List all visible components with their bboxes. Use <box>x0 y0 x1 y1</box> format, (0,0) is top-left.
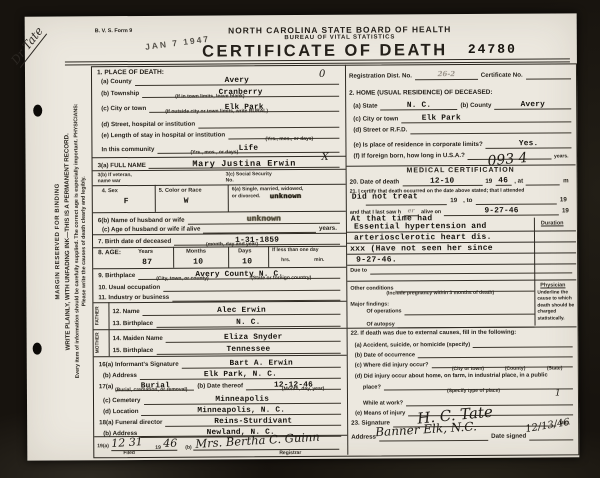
m-label: m <box>563 178 569 185</box>
spouse-label: 6(b) Name of husband or wife <box>98 217 185 224</box>
pre-year-19: 19 <box>562 208 569 215</box>
cemetery-value: Minneapolis <box>215 396 269 405</box>
home-street-label: (d) Street or R.F.D. <box>353 128 407 135</box>
other-conditions-note: (Include pregnancy within 3 months of de… <box>386 291 494 297</box>
birthplace-note-2: (State or foreign country) <box>251 276 311 282</box>
occurrence-date-label: (b) Date of occurrence <box>355 352 415 359</box>
field-informant-address: (b) Address Elk Park, N. C. <box>103 369 341 380</box>
field-spouse: 6(b) Name of husband or wife unknown <box>98 214 340 225</box>
field-informant: 16(a) Informant's Signature Bart A. Erwi… <box>99 358 341 369</box>
age-years-value: 87 <box>142 258 152 267</box>
home-state-label: (a) State <box>353 103 377 110</box>
corporate-limits-value: Yes. <box>519 140 539 149</box>
grid-line <box>228 184 229 211</box>
margin-binding-text: MARGIN RESERVED FOR BINDING <box>54 36 63 446</box>
birth-date-label: 7. Birth date of deceased <box>98 239 171 246</box>
field-mother-birthplace: 15. Birthplace Tennessee <box>113 344 341 355</box>
date-of-death-label: 20. Date of death <box>350 179 400 186</box>
death-certificate-paper: MARGIN RESERVED FOR BINDING WRITE PLAINL… <box>25 13 580 460</box>
age-hrs-label: hrs. <box>281 258 290 264</box>
field-occurrence-date: (b) Date of occurrence <box>355 349 573 358</box>
field-mother-maiden: 14. Maiden Name Eliza Snyder <box>113 332 341 343</box>
city-label: (c) City or town <box>101 106 146 113</box>
field-county: (a) County Avery <box>101 75 339 86</box>
home-county-label: (b) County <box>460 103 491 110</box>
grid-line <box>268 246 269 267</box>
age-months-header: Months <box>186 249 206 255</box>
community-value: Life <box>239 145 259 154</box>
township-label: (b) Township <box>101 91 139 98</box>
injury-state-note: (State) <box>547 366 563 372</box>
field-full-name: 3(a) FULL NAME Mary Justina Erwin <box>98 158 340 170</box>
physician-address-label: Address <box>351 435 376 442</box>
full-name-label: 3(a) FULL NAME <box>98 163 146 170</box>
filing-year-handwriting: 46 <box>163 437 177 450</box>
stay-label: (e) Length of stay in hospital or instit… <box>101 133 225 141</box>
grid-line <box>155 185 156 212</box>
burial-date-note: (Month, day, year) <box>282 387 324 393</box>
grid-line <box>108 302 109 329</box>
burial-date-label: (b) Date thereof <box>197 383 243 390</box>
pre-year-19: 19 <box>450 198 457 205</box>
injury-place-label-2: place? <box>363 384 381 390</box>
field-registration: Registration Dist. No. 26-2 Certificate … <box>349 69 571 80</box>
pre-year-19: 19 <box>560 198 567 205</box>
birthplace-label: 9. Birthplace <box>98 273 135 280</box>
informant-address-label: (b) Address <box>103 373 137 380</box>
field-date-of-death: 20. Date of death 12-10 19 46 , at m <box>350 175 572 186</box>
field-cemetery-location: (d) Location Minneapolis, N. C. <box>103 405 341 416</box>
last-saw-date-value: 9-27-46 <box>484 207 518 216</box>
registration-dist-value: 26-2 <box>438 69 456 78</box>
field-home-state-county: (a) State N. C. (b) County Avery <box>353 99 571 110</box>
form-number: B. V. S. Form 9 <box>95 28 133 34</box>
work-pen-mark: 1 <box>555 388 561 398</box>
means-of-injury-label: (e) Means of injury <box>355 410 405 417</box>
father-birthplace-value: N. C. <box>236 319 260 328</box>
injury-where-label: (c) Where did injury occur? <box>355 362 429 369</box>
field-cemetery: (c) Cemetery Minneapolis <box>103 394 341 405</box>
cause-line-4: 9-27-46. <box>356 255 397 264</box>
father-side-label: FATHER <box>95 304 100 328</box>
father-name-value: Alec Erwin <box>217 307 266 316</box>
sex-value: F <box>124 197 129 206</box>
margin-please-write-text: Please write the causes of death clearly… <box>80 36 89 446</box>
physician-box-text: Underline the cause to which death shoul… <box>537 290 574 323</box>
birthplace-note-1: (City, town, or county) <box>156 277 208 283</box>
funeral-director-label: 18(a) Funeral director <box>99 420 162 427</box>
at-label: , at <box>514 178 523 185</box>
home-state-value: N. C. <box>407 102 431 111</box>
foreign-born-unit: years. <box>554 154 569 160</box>
community-unit-note: (Yrs., mos., or days) <box>190 150 238 156</box>
field-due-to: Due to <box>350 265 572 274</box>
certificate-no-label: Certificate No. <box>481 73 523 80</box>
home-county-value: Avery <box>521 101 545 110</box>
marital-label-2: or divorced. <box>232 194 261 200</box>
medical-certification-heading: MEDICAL CERTIFICATION <box>350 166 572 174</box>
filing-date-handwriting: 12 31 <box>111 435 143 450</box>
city-note: (If outside city or town limits, write R… <box>165 109 268 115</box>
field-home-city: (c) City or town Elk Park <box>353 112 571 123</box>
mother-maiden-label: 14. Maiden Name <box>113 336 163 343</box>
home-heading: 2. HOME (USUAL RESIDENCE) OF DECEASED: <box>349 89 492 97</box>
home-city-value: Elk Park <box>422 115 461 124</box>
last-saw-er: er <box>408 207 415 214</box>
field-corporate-limits: (e) Is place of residence in corporate l… <box>353 138 571 149</box>
community-label: In this community <box>101 147 154 154</box>
cemetery-location-value: Minneapolis, N. C. <box>197 407 285 416</box>
full-name-value: Mary Justina Erwin <box>192 160 296 170</box>
punch-hole-icon <box>33 105 42 117</box>
date-signed-label: Date signed <box>491 434 526 441</box>
father-birthplace-label: 13. Birthplace <box>113 321 154 328</box>
certificate-number: 24780 <box>468 42 517 57</box>
registration-dist-label: Registration Dist. No. <box>349 73 412 80</box>
age-days-header: Days <box>238 248 251 254</box>
x-pen-mark: X <box>321 152 328 163</box>
grid-line <box>228 246 229 267</box>
mother-maiden-value: Eliza Snyder <box>224 334 283 343</box>
street-hospital-label: (d) Street, hospital or institution <box>101 122 195 129</box>
father-name-label: 12. Name <box>112 309 139 316</box>
external-causes-heading: 22. If death was due to external causes,… <box>351 330 517 337</box>
photostat-background: MARGIN RESERVED FOR BINDING WRITE PLAINL… <box>0 0 600 478</box>
age-label: 8. AGE: <box>98 249 121 256</box>
funeral-director-value: Reins-Sturdivant <box>214 418 292 427</box>
duration-header: Duration <box>541 220 564 226</box>
mother-side-label: MOTHER <box>96 331 101 355</box>
filed-label: Filed <box>123 451 135 457</box>
township-note: (If in town limits, leave blank) <box>175 94 245 100</box>
cemetery-location-label: (d) Location <box>103 409 138 416</box>
margin-write-plainly-text: WRITE PLAINLY, WITH UNFADING INK—THIS IS… <box>63 36 73 446</box>
date-of-death-value: 12-10 <box>430 178 454 187</box>
field-occupation: 10. Usual occupation <box>98 283 340 292</box>
field-accident-suicide: (a) Accident, suicide, or homicide (spec… <box>355 339 573 348</box>
injury-place-note: (Specify type of place) <box>447 389 500 395</box>
pre-year-19: 19 <box>485 179 492 186</box>
injury-place-label: (d) Did injury occur about home, on farm… <box>355 373 548 380</box>
occupation-label: 10. Usual occupation <box>98 285 160 292</box>
informant-label: 16(a) Informant's Signature <box>99 362 179 369</box>
field-home-street: (d) Street or R.F.D. <box>353 125 571 134</box>
sex-label: 4. Sex <box>102 188 118 194</box>
informant-address-value: Elk Park, N. C. <box>204 371 277 380</box>
race-label: 5. Color or Race <box>159 188 202 194</box>
field-street-hospital: (d) Street, hospital or institution <box>101 120 339 129</box>
physician-box-title: Physician <box>540 283 565 289</box>
age-min-label: min. <box>314 258 324 264</box>
of-operations-label: Of operations <box>366 309 401 315</box>
pen-flourish: 0 <box>319 69 325 80</box>
county-label: (a) County <box>101 79 132 86</box>
to-label: , to <box>463 198 472 205</box>
veteran-label-2: name war <box>98 179 121 185</box>
grid-line <box>109 329 110 356</box>
spouse-value: unknown <box>247 216 281 225</box>
field-father-birthplace: 13. Birthplace N. C. <box>112 317 340 328</box>
field-operations: Of operations <box>366 307 534 316</box>
age-days-value: 10 <box>242 257 252 266</box>
field-foreign-born: (f) If foreign born, how long in U.S.A.?… <box>353 151 571 160</box>
mother-birthplace-label: 15. Birthplace <box>113 348 154 355</box>
race-value: W <box>184 197 189 206</box>
accident-suicide-label: (a) Accident, suicide, or homicide (spec… <box>355 342 471 349</box>
ssn-label-2: No. <box>226 178 234 184</box>
filing-number: 19(a) <box>97 444 109 450</box>
burial-type-note: (Burial, cremation, or removal) <box>115 388 188 394</box>
age-years-header: Years <box>138 249 153 255</box>
injury-county-note: (County) <box>505 367 526 373</box>
death-year-value: 46 <box>498 177 508 186</box>
informant-value: Bart A. Erwin <box>229 360 292 369</box>
burial-number: 17(a) <box>99 384 113 391</box>
corporate-limits-label: (e) Is place of residence in corporate l… <box>353 142 482 150</box>
marital-value: unknown <box>270 193 302 201</box>
field-attended-dates: 19 , to 19 <box>366 196 570 205</box>
injury-city-note: (City or town) <box>452 367 484 373</box>
field-funeral-director: 18(a) Funeral director Reins-Sturdivant <box>99 416 341 427</box>
filing-b-label: (b) <box>185 446 191 452</box>
while-at-work-label: While at work? <box>363 400 403 407</box>
age-less-label: If less than one day <box>272 248 318 254</box>
grid-line <box>173 247 174 268</box>
punch-hole-icon <box>33 343 42 355</box>
stay-unit-note: (Yrs., mos., or days) <box>265 137 313 143</box>
mother-birthplace-value: Tennessee <box>226 346 270 355</box>
marital-label: 6(a) Single, married, widowed, <box>232 187 304 193</box>
foreign-born-label: (f) If foreign born, how long in U.S.A.? <box>353 153 464 160</box>
due-to-label: Due to <box>350 269 367 275</box>
home-city-label: (c) City or town <box>353 116 398 123</box>
cemetery-label: (c) Cemetery <box>103 398 141 405</box>
registrar-label: Registrar <box>279 451 301 457</box>
county-value: Avery <box>225 77 249 86</box>
field-father-name: 12. Name Alec Erwin <box>112 305 340 316</box>
age-months-value: 10 <box>193 258 203 267</box>
